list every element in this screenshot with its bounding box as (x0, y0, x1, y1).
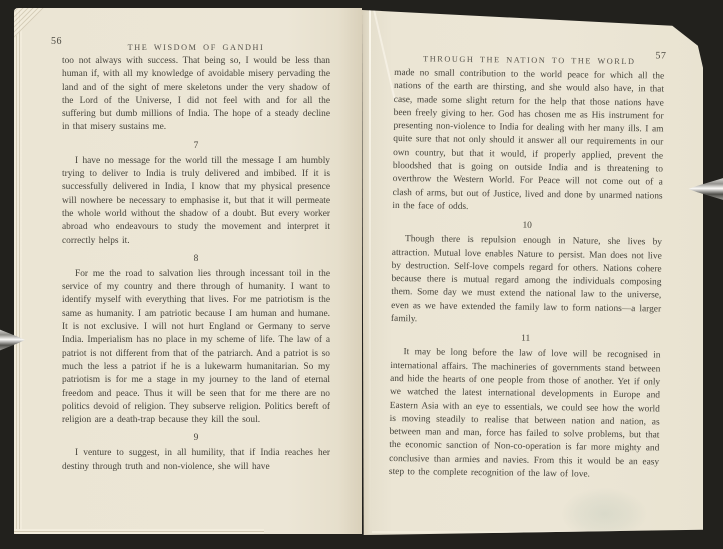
left-header-row: 56 THE WISDOM OF GANDHI (62, 37, 330, 49)
section-number: 7 (62, 141, 330, 151)
ink-stamp-ghost (562, 488, 647, 540)
left-running-header: THE WISDOM OF GANDHI (128, 43, 265, 52)
section-10: 10 Though there is repulsion enough in N… (391, 219, 662, 330)
book-scan: 56 THE WISDOM OF GANDHI too not always w… (0, 0, 723, 549)
section-paragraph: It may be long before the law of love wi… (389, 346, 661, 482)
section-paragraph: I venture to suggest, in all humility, t… (62, 447, 330, 474)
section-number: 11 (391, 332, 661, 346)
section-number: 9 (62, 433, 330, 443)
right-page: THROUGH THE NATION TO THE WORLD 57 made … (362, 10, 703, 535)
right-running-header: THROUGH THE NATION TO THE WORLD (423, 54, 635, 66)
section-9: 9 I venture to suggest, in all humility,… (62, 433, 330, 474)
left-page-content: 56 THE WISDOM OF GANDHI too not always w… (62, 8, 330, 474)
gutter-crease-fold (373, 10, 396, 103)
left-continuation-paragraph: too not always with success. That being … (62, 55, 330, 135)
page-edge-stack-bottom (14, 529, 264, 534)
right-page-number: 57 (655, 50, 666, 61)
left-page: 56 THE WISDOM OF GANDHI too not always w… (14, 8, 362, 534)
left-page-number: 56 (51, 36, 62, 47)
section-7: 7 I have no message for the world till t… (62, 141, 330, 248)
page-edge-stack-corner (14, 8, 44, 38)
section-8: 8 For me the road to salvation lies thro… (62, 254, 330, 428)
section-paragraph: I have no message for the world till the… (62, 155, 330, 248)
section-paragraph: For me the road to salvation lies throug… (62, 268, 330, 428)
right-continuation-paragraph: made no small contribution to the world … (392, 67, 664, 217)
section-paragraph: Though there is repulsion enough in Natu… (391, 233, 662, 330)
gutter-crease (369, 10, 371, 535)
right-header-row: THROUGH THE NATION TO THE WORLD 57 (394, 48, 664, 64)
section-number: 8 (62, 254, 330, 264)
page-edge-stack-left (14, 11, 22, 531)
right-page-content: THROUGH THE NATION TO THE WORLD 57 made … (389, 10, 665, 483)
section-11: 11 It may be long before the law of love… (389, 332, 661, 482)
section-number: 10 (392, 219, 662, 233)
